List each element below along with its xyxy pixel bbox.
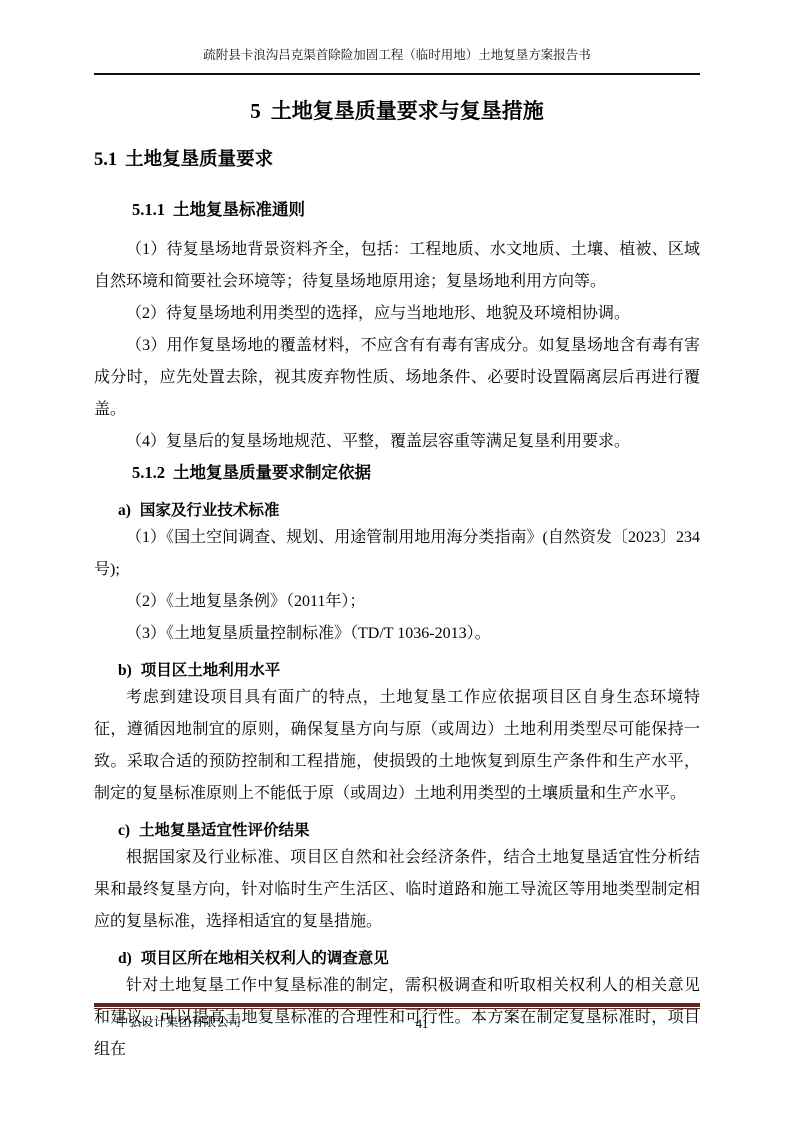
paragraph: （1）《国土空间调查、规划、用途管制用地用海分类指南》(自然资发〔2023〕23… [94, 522, 700, 586]
item-a-title: 国家及行业技术标准 [140, 502, 280, 519]
section-5-1-1-title: 土地复垦标准通则 [173, 201, 305, 219]
document-page: 疏附县卡浪沟吕克渠首除险加固工程（临时用地）土地复垦方案报告书 5土地复垦质量要… [0, 0, 793, 1122]
header-rule [94, 73, 700, 75]
paragraph: （2）待复垦场地利用类型的选择，应与当地地形、地貌及环境相协调。 [94, 298, 700, 330]
item-b-letter: b) [118, 662, 132, 679]
item-d-title: 项目区所在地相关权利人的调查意见 [141, 950, 389, 967]
section-5-1-1-body: （1）待复垦场地背景资料齐全，包括：工程地质、水文地质、土壤、植被、区域自然环境… [94, 234, 700, 458]
header-title: 疏附县卡浪沟吕克渠首除险加固工程（临时用地）土地复垦方案报告书 [94, 46, 700, 64]
paragraph: （1）待复垦场地背景资料齐全，包括：工程地质、水文地质、土壤、植被、区域自然环境… [94, 234, 700, 298]
paragraph: 考虑到建设项目具有面广的特点，土地复垦工作应依据项目区自身生态环境特征，遵循因地… [94, 682, 700, 810]
section-5-1-2-heading: 5.1.2土地复垦质量要求制定依据 [132, 460, 700, 486]
section-5-1-1-heading: 5.1.1土地复垦标准通则 [132, 197, 700, 223]
item-c-heading: c)土地复垦适宜性评价结果 [118, 820, 700, 842]
chapter-heading: 5土地复垦质量要求与复垦措施 [94, 95, 700, 128]
footer-company: 中弘设计集团有限公司 [116, 1013, 241, 1031]
item-b-heading: b)项目区土地利用水平 [118, 660, 700, 682]
section-5-1-2-number: 5.1.2 [132, 463, 165, 482]
section-5-1-2-title: 土地复垦质量要求制定依据 [173, 464, 371, 482]
page-number: 41 [406, 1015, 438, 1033]
item-a-heading: a)国家及行业技术标准 [118, 500, 700, 522]
page-footer: 中弘设计集团有限公司 41 [94, 1003, 700, 1031]
item-c-title: 土地复垦适宜性评价结果 [139, 822, 310, 839]
section-5-1-heading: 5.1土地复垦质量要求 [94, 146, 700, 173]
chapter-number: 5 [250, 99, 261, 123]
section-5-1-1-number: 5.1.1 [132, 200, 165, 219]
page-content: 疏附县卡浪沟吕克渠首除险加固工程（临时用地）土地复垦方案报告书 5土地复垦质量要… [0, 0, 793, 1066]
item-c-letter: c) [118, 822, 130, 839]
item-a-letter: a) [118, 502, 131, 519]
item-b-title: 项目区土地利用水平 [141, 662, 281, 679]
footer-rule [94, 1003, 700, 1009]
chapter-title: 土地复垦质量要求与复垦措施 [271, 100, 544, 123]
paragraph: （3）《土地复垦质量控制标准》（TD/T 1036-2013）。 [94, 618, 700, 650]
paragraph: （2）《土地复垦条例》（2011年）； [94, 586, 700, 618]
section-5-1-title: 土地复垦质量要求 [125, 148, 273, 169]
paragraph: （4）复垦后的复垦场地规范、平整，覆盖层容重等满足复垦利用要求。 [94, 426, 700, 458]
paragraph: （3）用作复垦场地的覆盖材料，不应含有有毒有害成分。如复垦场地含有毒有害成分时，… [94, 330, 700, 426]
paragraph: 根据国家及行业标准、项目区自然和社会经济条件，结合土地复垦适宜性分析结果和最终复… [94, 842, 700, 938]
item-d-heading: d)项目区所在地相关权利人的调查意见 [118, 948, 700, 970]
item-d-letter: d) [118, 950, 132, 967]
page-header: 疏附县卡浪沟吕克渠首除险加固工程（临时用地）土地复垦方案报告书 [94, 0, 700, 75]
footer-row: 中弘设计集团有限公司 41 [94, 1013, 700, 1031]
section-5-1-number: 5.1 [94, 150, 117, 170]
